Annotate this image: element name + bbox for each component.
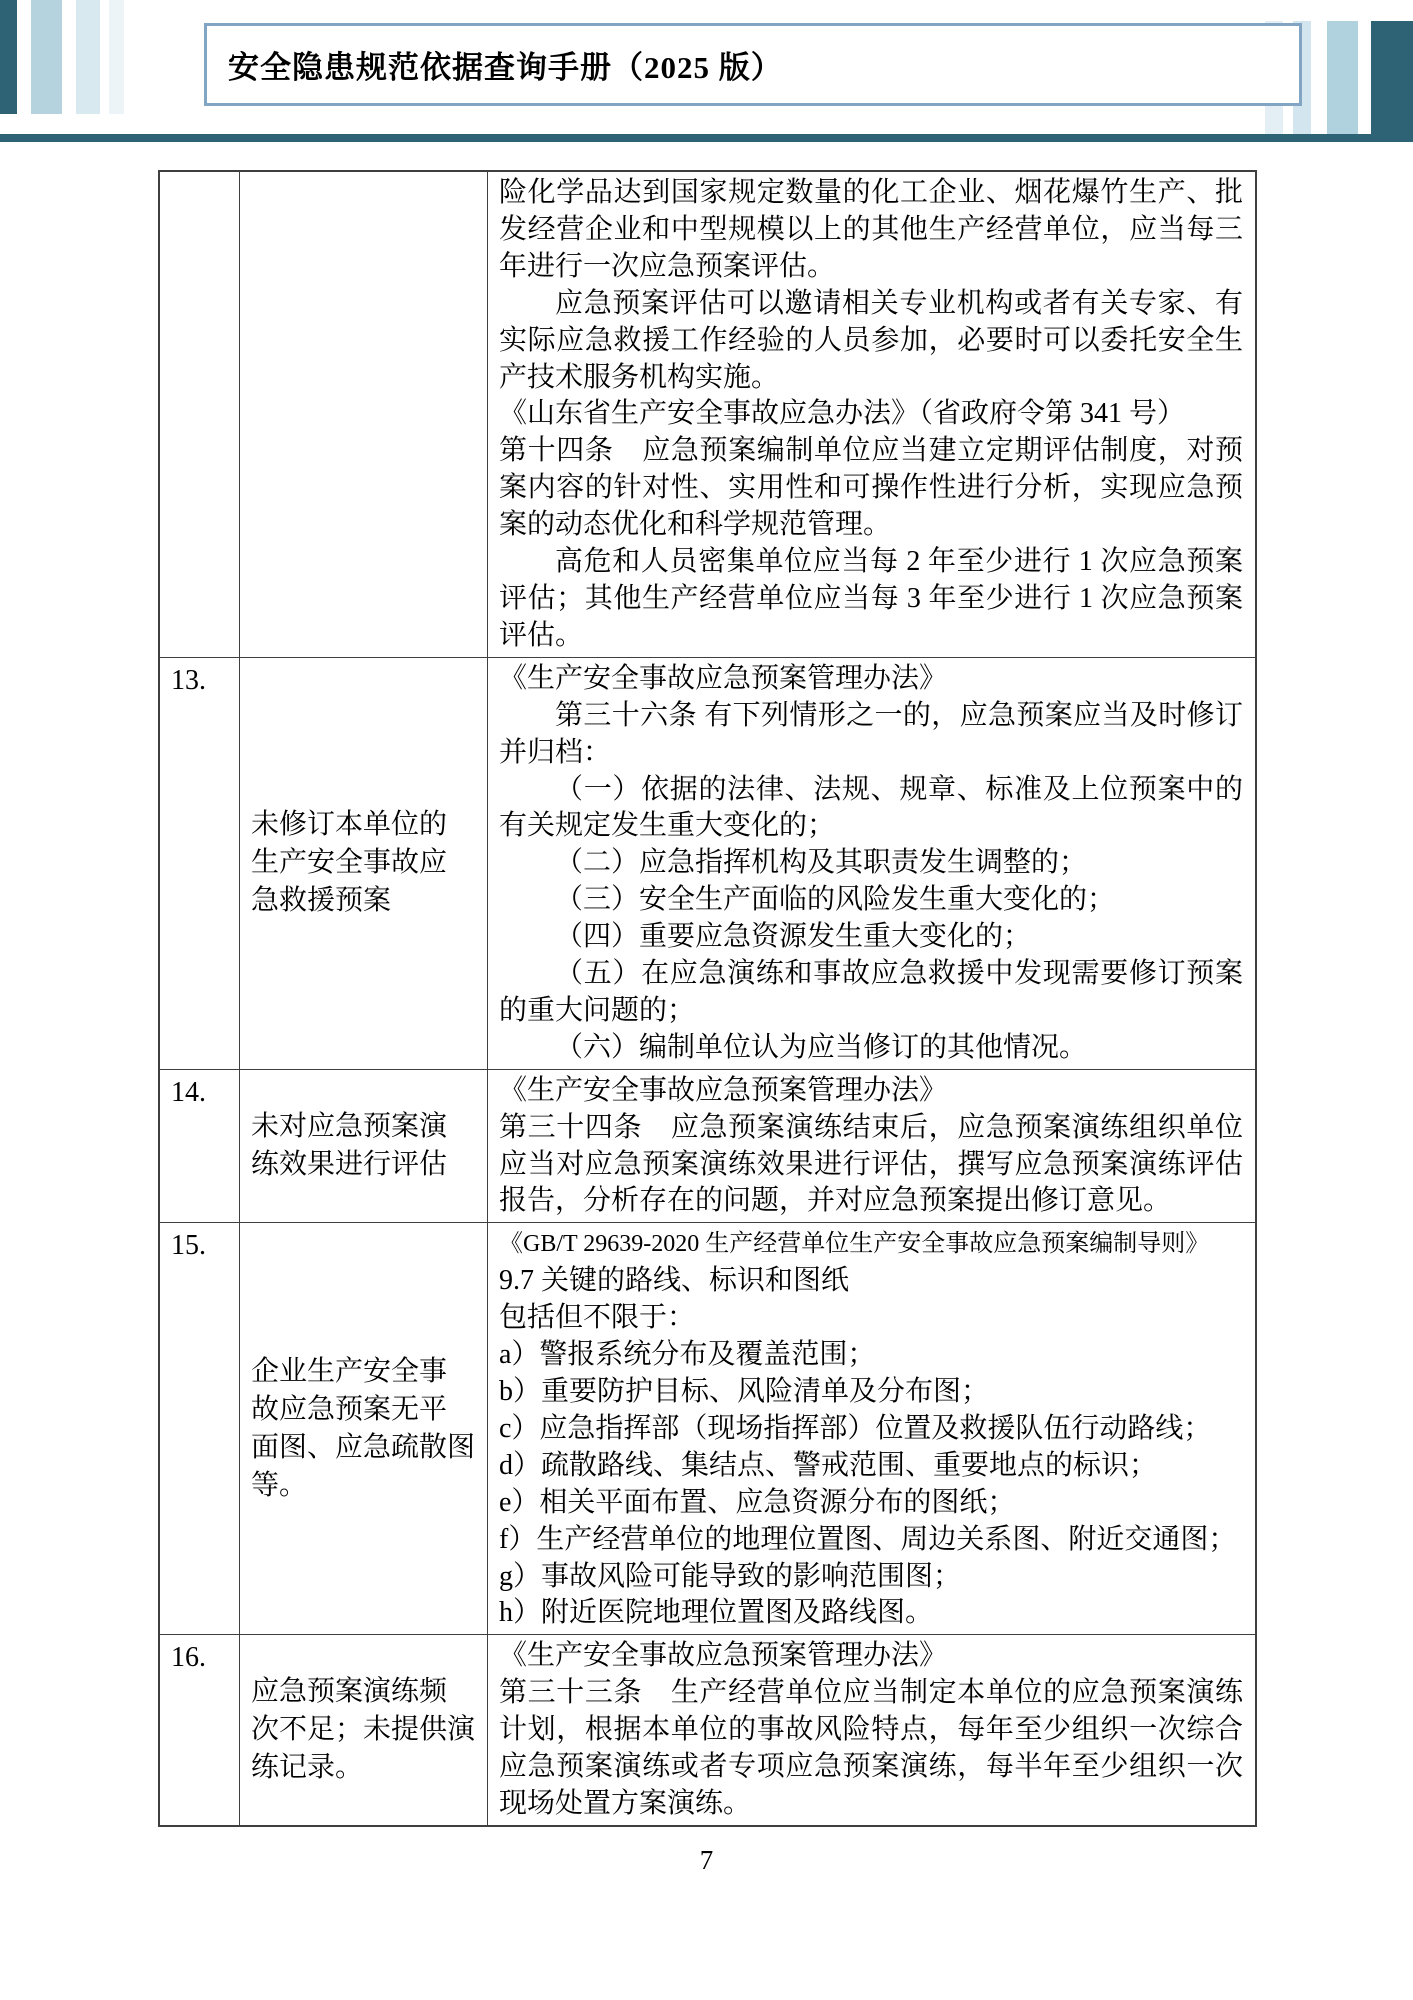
basis-paragraph: （六）编制单位认为应当修订的其他情况。 — [499, 1030, 1243, 1067]
basis-paragraph: 《生产安全事故应急预案管理办法》 — [499, 1638, 1243, 1675]
basis-paragraph: 《生产安全事故应急预案管理办法》 — [499, 1073, 1243, 1110]
header-bar-dark-right — [1371, 21, 1413, 142]
table-row: 14.未对应急预案演 练效果进行评估《生产安全事故应急预案管理办法》第三十四条 … — [160, 1070, 1255, 1224]
regulation-table: 险化学品达到国家规定数量的化工企业、烟花爆竹生产、批发经营企业和中型规模以上的其… — [158, 170, 1257, 1827]
basis-paragraph: 高危和人员密集单位应当每 2 年至少进行 1 次应急预案评估；其他生产经营单位应… — [499, 544, 1243, 655]
basis-paragraph: 9.7 关键的路线、标识和图纸 — [499, 1263, 1243, 1300]
basis-paragraph: 包括但不限于： — [499, 1300, 1243, 1337]
basis-paragraph: （一）依据的法律、法规、规章、标准及上位预案中的有关规定发生重大变化的； — [499, 772, 1243, 846]
issue-cell: 未修订本单位的 生产安全事故应 急救援预案 — [240, 658, 488, 1069]
row-number-cell: 15. — [160, 1223, 240, 1634]
basis-paragraph: 第十四条 应急预案编制单位应当建立定期评估制度，对预案内容的针对性、实用性和可操… — [499, 433, 1243, 544]
row-number-cell: 14. — [160, 1070, 240, 1223]
basis-paragraph: 第三十四条 应急预案演练结束后，应急预案演练组织单位应当对应急预案演练效果进行评… — [499, 1110, 1243, 1221]
basis-paragraph: 第三十三条 生产经营单位应当制定本单位的应急预案演练计划，根据本单位的事故风险特… — [499, 1675, 1243, 1823]
basis-paragraph: （三）安全生产面临的风险发生重大变化的； — [499, 882, 1243, 919]
basis-cell: 险化学品达到国家规定数量的化工企业、烟花爆竹生产、批发经营企业和中型规模以上的其… — [488, 172, 1255, 657]
basis-paragraph: d）疏散路线、集结点、警戒范围、重要地点的标识； — [499, 1448, 1243, 1485]
header-bar-dark-left — [0, 0, 17, 114]
basis-cell: 《生产安全事故应急预案管理办法》第三十六条 有下列情形之一的，应急预案应当及时修… — [488, 658, 1255, 1069]
issue-text: 应急预案演练频 次不足；未提供演 练记录。 — [251, 1673, 475, 1787]
basis-cell: 《生产安全事故应急预案管理办法》第三十四条 应急预案演练结束后，应急预案演练组织… — [488, 1070, 1255, 1223]
table-row: 13.未修订本单位的 生产安全事故应 急救援预案《生产安全事故应急预案管理办法》… — [160, 658, 1255, 1070]
basis-paragraph: e）相关平面布置、应急资源分布的图纸； — [499, 1485, 1243, 1522]
header-bar-light-left-3 — [109, 0, 124, 114]
page-number: 7 — [0, 1845, 1413, 1876]
row-number-cell: 16. — [160, 1635, 240, 1825]
basis-paragraph: b）重要防护目标、风险清单及分布图； — [499, 1374, 1243, 1411]
header-bar-light-left-1 — [31, 0, 62, 114]
basis-cell: 《生产安全事故应急预案管理办法》第三十三条 生产经营单位应当制定本单位的应急预案… — [488, 1635, 1255, 1825]
basis-paragraph: 应急预案评估可以邀请相关专业机构或者有关专家、有实际应急救援工作经验的人员参加，… — [499, 286, 1243, 397]
issue-text: 企业生产安全事 故应急预案无平 面图、应急疏散图 等。 — [251, 1353, 475, 1505]
basis-paragraph: 《生产安全事故应急预案管理办法》 — [499, 661, 1243, 698]
basis-cell: 《GB/T 29639-2020 生产经营单位生产安全事故应急预案编制导则》9.… — [488, 1223, 1255, 1634]
table-row: 16.应急预案演练频 次不足；未提供演 练记录。《生产安全事故应急预案管理办法》… — [160, 1635, 1255, 1825]
basis-paragraph: g）事故风险可能导致的影响范围图； — [499, 1559, 1243, 1596]
row-number-cell — [160, 172, 240, 657]
basis-paragraph: 险化学品达到国家规定数量的化工企业、烟花爆竹生产、批发经营企业和中型规模以上的其… — [499, 175, 1243, 286]
basis-paragraph: 第三十六条 有下列情形之一的，应急预案应当及时修订并归档： — [499, 698, 1243, 772]
issue-cell: 企业生产安全事 故应急预案无平 面图、应急疏散图 等。 — [240, 1223, 488, 1634]
basis-paragraph: 《山东省生产安全事故应急办法》（省政府令第 341 号） — [499, 396, 1243, 433]
issue-cell — [240, 172, 488, 657]
basis-paragraph: （四）重要应急资源发生重大变化的； — [499, 919, 1243, 956]
issue-cell: 应急预案演练频 次不足；未提供演 练记录。 — [240, 1635, 488, 1825]
table-row: 15.企业生产安全事 故应急预案无平 面图、应急疏散图 等。《GB/T 2963… — [160, 1223, 1255, 1635]
issue-cell: 未对应急预案演 练效果进行评估 — [240, 1070, 488, 1223]
basis-paragraph: h）附近医院地理位置图及路线图。 — [499, 1595, 1243, 1632]
document-title-box: 安全隐患规范依据查询手册（2025 版） — [204, 23, 1302, 106]
row-number-cell: 13. — [160, 658, 240, 1069]
header-bar-light-right-1 — [1327, 21, 1358, 142]
issue-text: 未修订本单位的 生产安全事故应 急救援预案 — [251, 806, 447, 920]
basis-paragraph: a）警报系统分布及覆盖范围； — [499, 1337, 1243, 1374]
basis-paragraph: （五）在应急演练和事故应急救援中发现需要修订预案的重大问题的； — [499, 956, 1243, 1030]
page-title: 安全隐患规范依据查询手册（2025 版） — [228, 42, 783, 87]
header-bar-light-left-2 — [76, 0, 100, 114]
basis-paragraph: f）生产经营单位的地理位置图、周边关系图、附近交通图； — [499, 1522, 1243, 1559]
table-row: 险化学品达到国家规定数量的化工企业、烟花爆竹生产、批发经营企业和中型规模以上的其… — [160, 172, 1255, 658]
issue-text: 未对应急预案演 练效果进行评估 — [251, 1108, 447, 1184]
basis-paragraph: （二）应急指挥机构及其职责发生调整的； — [499, 845, 1243, 882]
header-divider-line — [0, 134, 1413, 142]
basis-paragraph: c）应急指挥部（现场指挥部）位置及救援队伍行动路线； — [499, 1411, 1243, 1448]
basis-paragraph: 《GB/T 29639-2020 生产经营单位生产安全事故应急预案编制导则》 — [499, 1226, 1243, 1263]
